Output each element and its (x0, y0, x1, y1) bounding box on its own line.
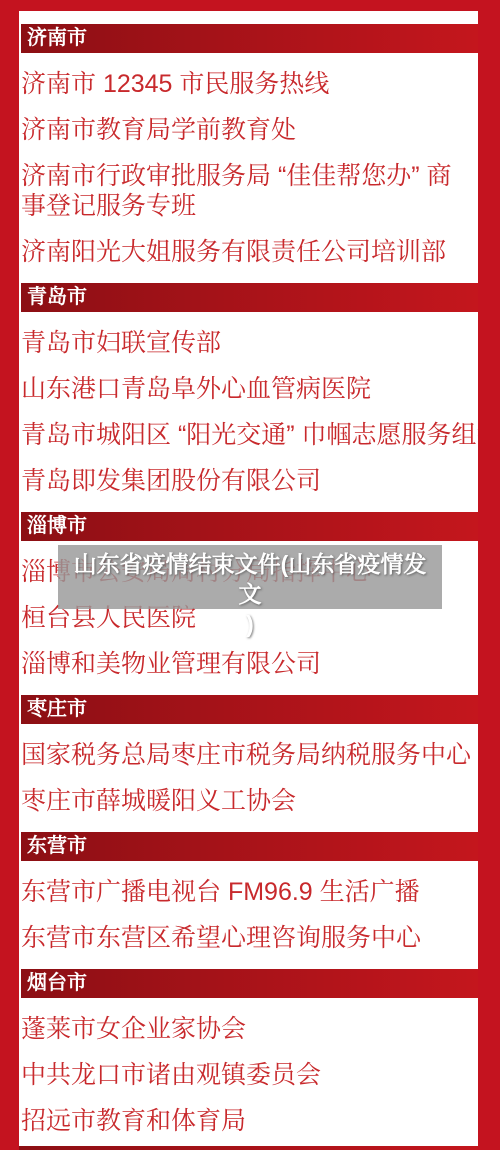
list-item: 青岛即发集团股份有限公司 (21, 466, 476, 496)
watermark-line2: ) (64, 609, 436, 639)
content-card: 济南市 济南市 12345 市民服务热线 济南市教育局学前教育处 济南市行政审批… (19, 11, 478, 1150)
list-item: 青岛市城阳区 “阳光交通” 巾帼志愿服务组织 (21, 420, 476, 450)
infographic-page: { "watermark": { "line1": "山东省疫情结束文件(山东省… (0, 0, 500, 1150)
section-header-qingdao: 青岛市 (21, 283, 478, 312)
list-item: 东营市东营区希望心理咨询服务中心 (21, 923, 476, 953)
section-header-zaozhuang: 枣庄市 (21, 695, 478, 724)
section-header-zibo: 淄博市 (21, 512, 478, 541)
list-item: 蓬莱市女企业家协会 (21, 1014, 476, 1044)
list-item: 枣庄市薛城暖阳义工协会 (21, 786, 476, 816)
watermark-overlay: 山东省疫情结束文件(山东省疫情发文 ) (58, 545, 442, 609)
list-item: 山东港口青岛阜外心血管病医院 (21, 374, 476, 404)
list-item: 济南市 12345 市民服务热线 (21, 69, 476, 99)
top-spacer (19, 11, 478, 24)
list-item: 济南市行政审批服务局 “佳佳帮您办” 商事登记服务专班 (21, 161, 476, 221)
watermark-line1: 山东省疫情结束文件(山东省疫情发文 (64, 549, 436, 609)
list-item: 青岛市妇联宣传部 (21, 328, 476, 358)
list-item: 招远市教育和体育局 (21, 1106, 476, 1136)
section-header-dongying: 东营市 (21, 832, 478, 861)
list-item: 济南市教育局学前教育处 (21, 115, 476, 145)
list-item: 国家税务总局枣庄市税务局纳税服务中心 (21, 740, 476, 770)
section-header-yantai: 烟台市 (21, 969, 478, 998)
section-header-jinan: 济南市 (21, 24, 478, 53)
next-section-header-partial (19, 1146, 478, 1150)
list-item: 淄博市公安局周村分局指挥中心 山东省疫情结束文件(山东省疫情发文 ) (21, 557, 476, 587)
list-item: 淄博和美物业管理有限公司 (21, 649, 476, 679)
list-item: 东营市广播电视台 FM96.9 生活广播 (21, 877, 476, 907)
list-item: 中共龙口市诸由观镇委员会 (21, 1060, 476, 1090)
list-item: 济南阳光大姐服务有限责任公司培训部 (21, 237, 476, 267)
